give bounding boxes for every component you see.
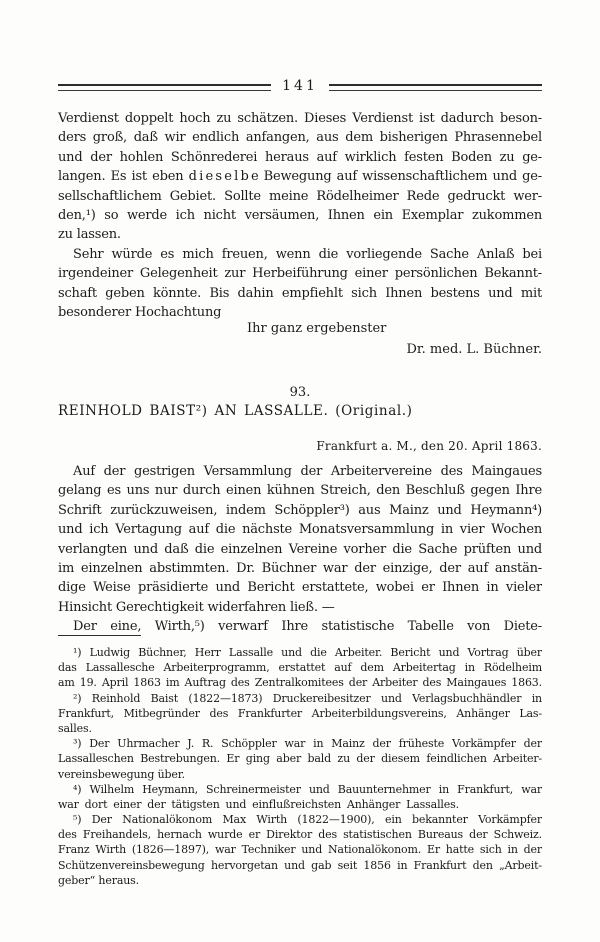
footnote-line: geber“ heraus. xyxy=(58,873,542,888)
letter-signature: Dr. med. L. Büchner. xyxy=(58,342,542,357)
text-line: Der eine, Wirth,⁵) verwarf Ihre statisti… xyxy=(58,617,542,636)
text-line: Sehr würde es mich freuen, wenn die vorl… xyxy=(58,245,542,264)
footnote-line: Lassalleschen Bestrebungen. Er ging aber… xyxy=(58,751,542,766)
footnote-line: Schützenvereinsbewegung hervorgetan und … xyxy=(58,858,542,873)
footnote-line: ²) Reinhold Baist (1822—1873) Druckereib… xyxy=(58,691,542,706)
text-line: Schrift zurückzuweisen, indem Schöppler³… xyxy=(58,501,542,520)
header-rule-left xyxy=(58,84,271,91)
page-header: 141 xyxy=(58,77,542,95)
text-line: schaft geben könnte. Bis dahin empfiehlt… xyxy=(58,284,542,303)
footnote-separator xyxy=(58,635,141,636)
text-line: gelang es uns nur durch einen kühnen Str… xyxy=(58,481,542,500)
text-line: Auf der gestrigen Versammlung der Arbeit… xyxy=(58,462,542,481)
letter-buechner-body: Verdienst doppelt hoch zu schätzen. Dies… xyxy=(58,109,542,322)
page-number: 141 xyxy=(282,77,318,95)
book-page: 141 Verdienst doppelt hoch zu schätzen. … xyxy=(0,0,600,942)
text-line: den,¹) so werde ich nicht versäumen, Ihn… xyxy=(58,206,542,225)
footnote-line: Franz Wirth (1826—1897), war Techniker u… xyxy=(58,842,542,857)
footnote-line: ¹) Ludwig Büchner, Herr Lassalle und die… xyxy=(58,645,542,660)
footnote-line: am 19. April 1863 im Auftrag des Zentral… xyxy=(58,675,542,690)
letter-baist-body: Auf der gestrigen Versammlung der Arbeit… xyxy=(58,462,542,637)
text-line: langen. Es ist eben d i e s e l b e Bewe… xyxy=(58,167,542,186)
footnote-line: salles. xyxy=(58,721,542,736)
text-line: im einzelnen abstimmten. Dr. Büchner war… xyxy=(58,559,542,578)
text-line: ders groß, daß wir endlich anfangen, aus… xyxy=(58,128,542,147)
header-rule-right xyxy=(329,84,542,91)
footnote-line: ⁵) Der Nationalökonom Max Wirth (1822—19… xyxy=(58,812,542,827)
text-line: besonderer Hochachtung xyxy=(58,303,542,322)
footnote-line: vereinsbewegung über. xyxy=(58,767,542,782)
text-line: und ich Vertagung auf die nächste Monats… xyxy=(58,520,542,539)
text-line: Hinsicht Gerechtigkeit widerfahren ließ.… xyxy=(58,598,542,617)
text-line: verlangten und daß die einzelnen Vereine… xyxy=(58,540,542,559)
footnote-line: ³) Der Uhrmacher J. R. Schöppler war in … xyxy=(58,736,542,751)
footnote-line: ⁴) Wilhelm Heymann, Schreinermeister und… xyxy=(58,782,542,797)
footnote-line: war dort einer der tätigsten und einfluß… xyxy=(58,797,542,812)
section-number: 93. xyxy=(58,385,542,400)
text-line: zu lassen. xyxy=(58,225,542,244)
letter-dateline: Frankfurt a. M., den 20. April 1863. xyxy=(58,439,542,453)
letter-valediction: Ihr ganz ergebenster xyxy=(58,321,542,336)
footnotes: ¹) Ludwig Büchner, Herr Lassalle und die… xyxy=(58,645,542,888)
text-line: und der hohlen Schönrederei heraus auf w… xyxy=(58,148,542,167)
text-line: irgendeiner Gelegenheit zur Herbeiführun… xyxy=(58,264,542,283)
footnote-line: des Freihandels, hernach wurde er Direkt… xyxy=(58,827,542,842)
text-line: Verdienst doppelt hoch zu schätzen. Dies… xyxy=(58,109,542,128)
text-line: sellschaftlichem Gebiet. Sollte meine Rö… xyxy=(58,187,542,206)
section-heading: REINHOLD BAIST²) AN LASSALLE. (Original.… xyxy=(58,403,542,419)
footnote-line: Frankfurt, Mitbegründer des Frankfurter … xyxy=(58,706,542,721)
footnote-line: das Lassallesche Arbeiterprogramm, ersta… xyxy=(58,660,542,675)
text-line: dige Weise präsidierte und Bericht ersta… xyxy=(58,578,542,597)
